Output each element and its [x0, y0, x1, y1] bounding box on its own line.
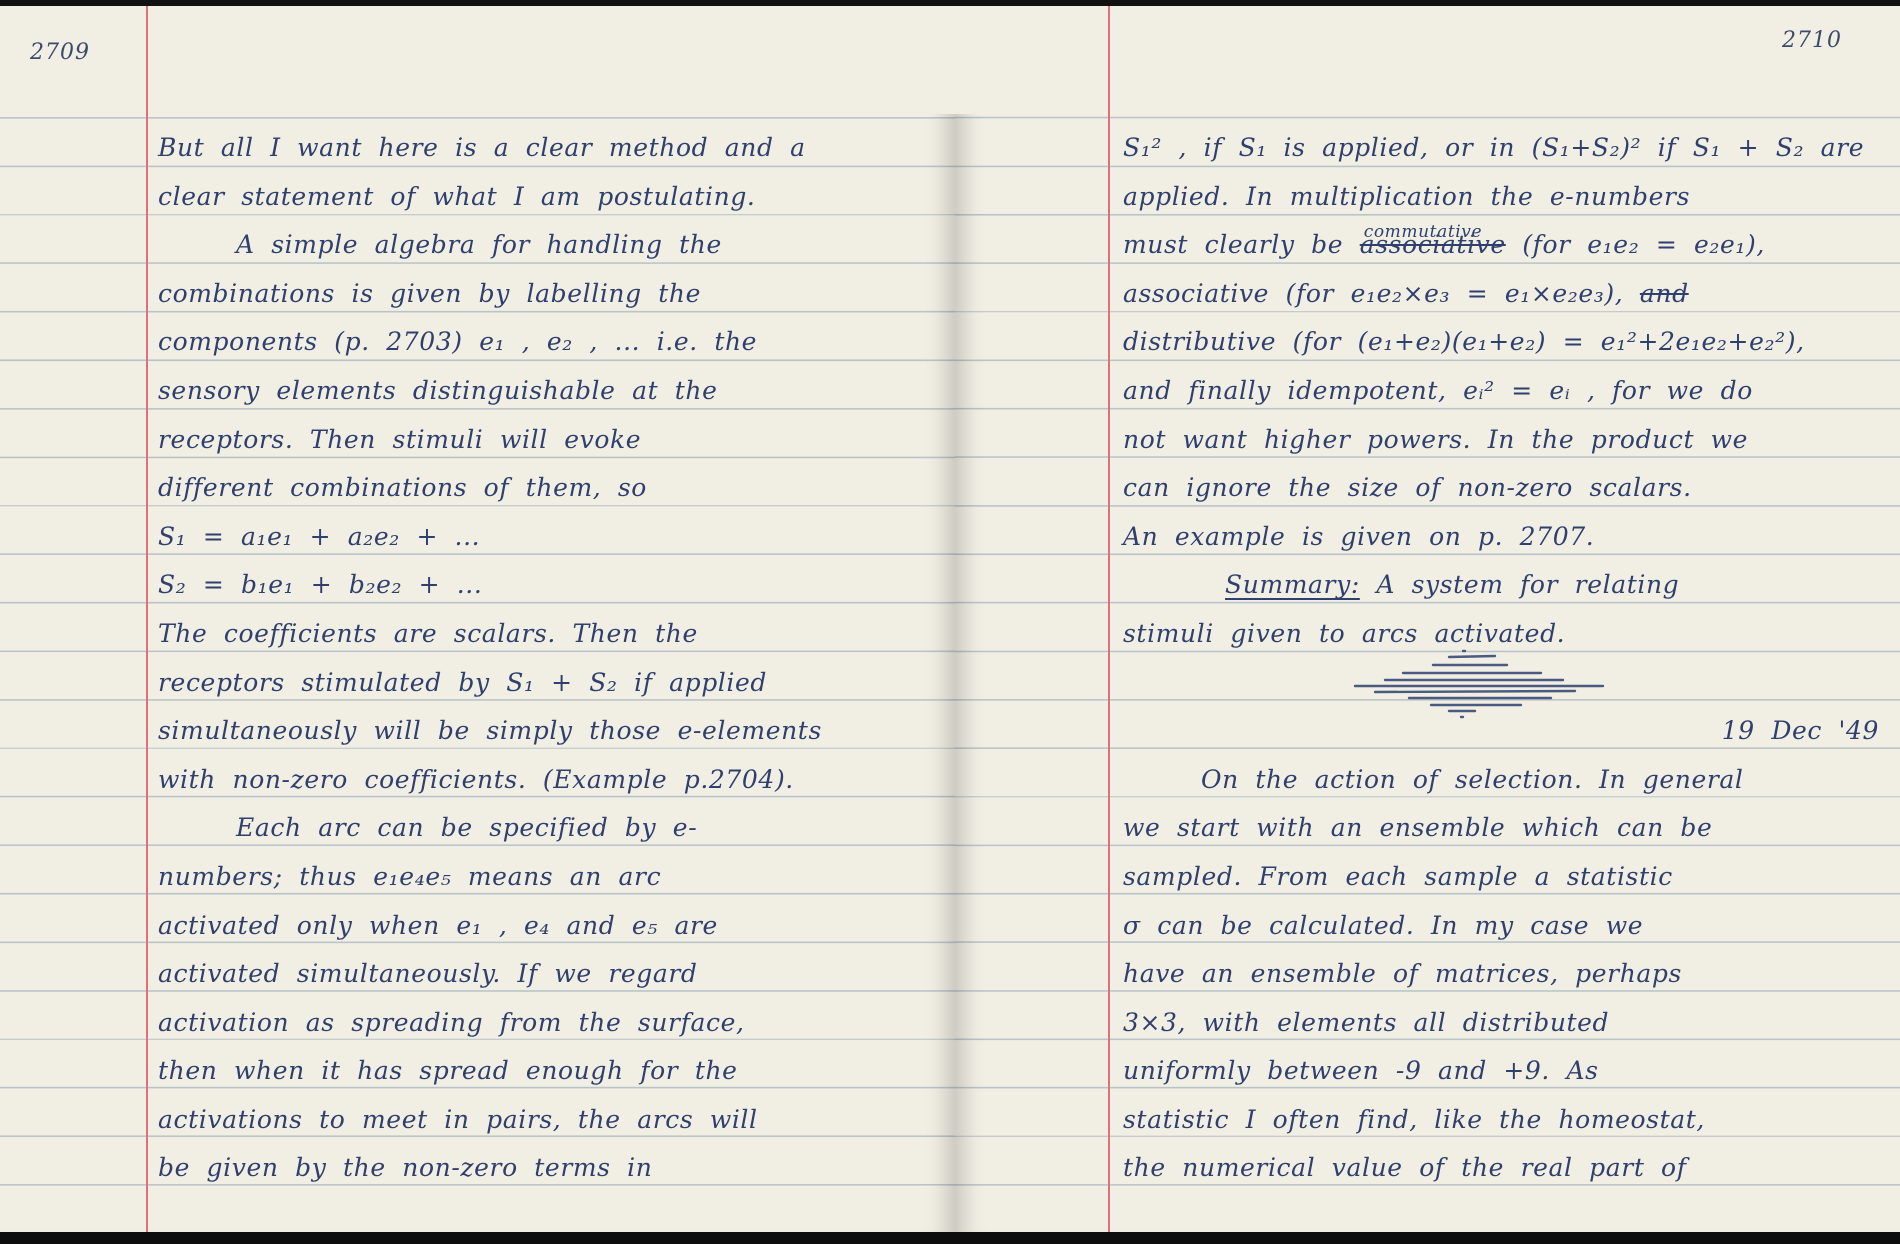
- text-line: uniformly between -9 and +9. As: [1123, 1047, 1893, 1096]
- text-line: The coefficients are scalars. Then the: [158, 610, 822, 659]
- text-line: sensory elements distinguishable at the: [158, 367, 822, 416]
- text-segment: (for e₁e₂ = e₂e₁),: [1522, 230, 1765, 259]
- struck-word: commutativeassociative: [1360, 230, 1506, 259]
- text-line: components (p. 2703) e₁ , e₂ , ... i.e. …: [158, 318, 822, 367]
- text-line: numbers; thus e₁e₄e₅ means an arc: [158, 853, 822, 902]
- text-line: Each arc can be specified by e-: [158, 804, 822, 853]
- text-line: On the action of selection. In general: [1123, 756, 1893, 805]
- text-line: S₁² , if S₁ is applied, or in (S₁+S₂)² i…: [1123, 124, 1893, 173]
- text-line: we start with an ensemble which can be: [1123, 804, 1893, 853]
- text-line: the numerical value of the real part of: [1123, 1144, 1893, 1193]
- text-line: different combinations of them, so: [158, 464, 822, 513]
- left-page-text: But all I want here is a clear method an…: [158, 124, 822, 1193]
- text-line: statistic I often find, like the homeost…: [1123, 1096, 1893, 1145]
- text-line: not want higher powers. In the product w…: [1123, 416, 1893, 465]
- text-segment: must clearly be: [1123, 230, 1343, 259]
- margin-line: [146, 6, 148, 1232]
- text-line: receptors. Then stimuli will evoke: [158, 416, 822, 465]
- text-line: But all I want here is a clear method an…: [158, 124, 822, 173]
- inserted-word: commutative: [1364, 208, 1482, 257]
- text-line: activated simultaneously. If we regard: [158, 950, 822, 999]
- text-line: activated only when e₁ , e₄ and e₅ are: [158, 902, 822, 951]
- correction-line: must clearly be commutativeassociative (…: [1123, 221, 1893, 270]
- page-number: 2709: [30, 40, 90, 65]
- equation-line: S₂ = b₁e₁ + b₂e₂ + ...: [158, 561, 822, 610]
- text-line: associative (for e₁e₂×e₃ = e₁×e₂e₃), and: [1123, 270, 1893, 319]
- text-line: activations to meet in pairs, the arcs w…: [158, 1096, 822, 1145]
- right-page-text: S₁² , if S₁ is applied, or in (S₁+S₂)² i…: [1123, 124, 1893, 1193]
- notebook-spread: 2709 But all I want here is a clear meth…: [0, 6, 1900, 1232]
- text-line: then when it has spread enough for the: [158, 1047, 822, 1096]
- text-line: be given by the non-zero terms in: [158, 1144, 822, 1193]
- struck-word: and: [1640, 279, 1689, 308]
- summary-label: Summary:: [1225, 570, 1360, 599]
- divider-flourish-icon: [1345, 645, 1625, 721]
- scan-background: [0, 1232, 1900, 1244]
- text-line: receptors stimulated by S₁ + S₂ if appli…: [158, 659, 822, 708]
- summary-line: Summary: A system for relating: [1123, 561, 1893, 610]
- text-line: can ignore the size of non-zero scalars.: [1123, 464, 1893, 513]
- text-line: An example is given on p. 2707.: [1123, 513, 1893, 562]
- text-line: clear statement of what I am postulating…: [158, 173, 822, 222]
- equation-line: distributive (for (e₁+e₂)(e₁+e₂) = e₁²+2…: [1123, 318, 1893, 367]
- margin-line: [1108, 6, 1110, 1232]
- text-line: activation as spreading from the surface…: [158, 999, 822, 1048]
- section-divider-flourish: [1123, 659, 1893, 708]
- right-page: 2710 S₁² , if S₁ is applied, or in (S₁+S…: [955, 6, 1900, 1232]
- text-line: and finally idempotent, eᵢ² = eᵢ , for w…: [1123, 367, 1893, 416]
- text-line: with non-zero coefficients. (Example p.2…: [158, 756, 822, 805]
- text-line: applied. In multiplication the e-numbers: [1123, 173, 1893, 222]
- text-line: combinations is given by labelling the: [158, 270, 822, 319]
- page-number: 2710: [1782, 28, 1842, 53]
- text-line: sampled. From each sample a statistic: [1123, 853, 1893, 902]
- left-page: 2709 But all I want here is a clear meth…: [0, 6, 955, 1232]
- equation-line: S₁ = a₁e₁ + a₂e₂ + ...: [158, 513, 822, 562]
- text-line: simultaneously will be simply those e-el…: [158, 707, 822, 756]
- text-line: A simple algebra for handling the: [158, 221, 822, 270]
- text-line: σ can be calculated. In my case we: [1123, 902, 1893, 951]
- text-line: have an ensemble of matrices, perhaps: [1123, 950, 1893, 999]
- text-line: 3×3, with elements all distributed: [1123, 999, 1893, 1048]
